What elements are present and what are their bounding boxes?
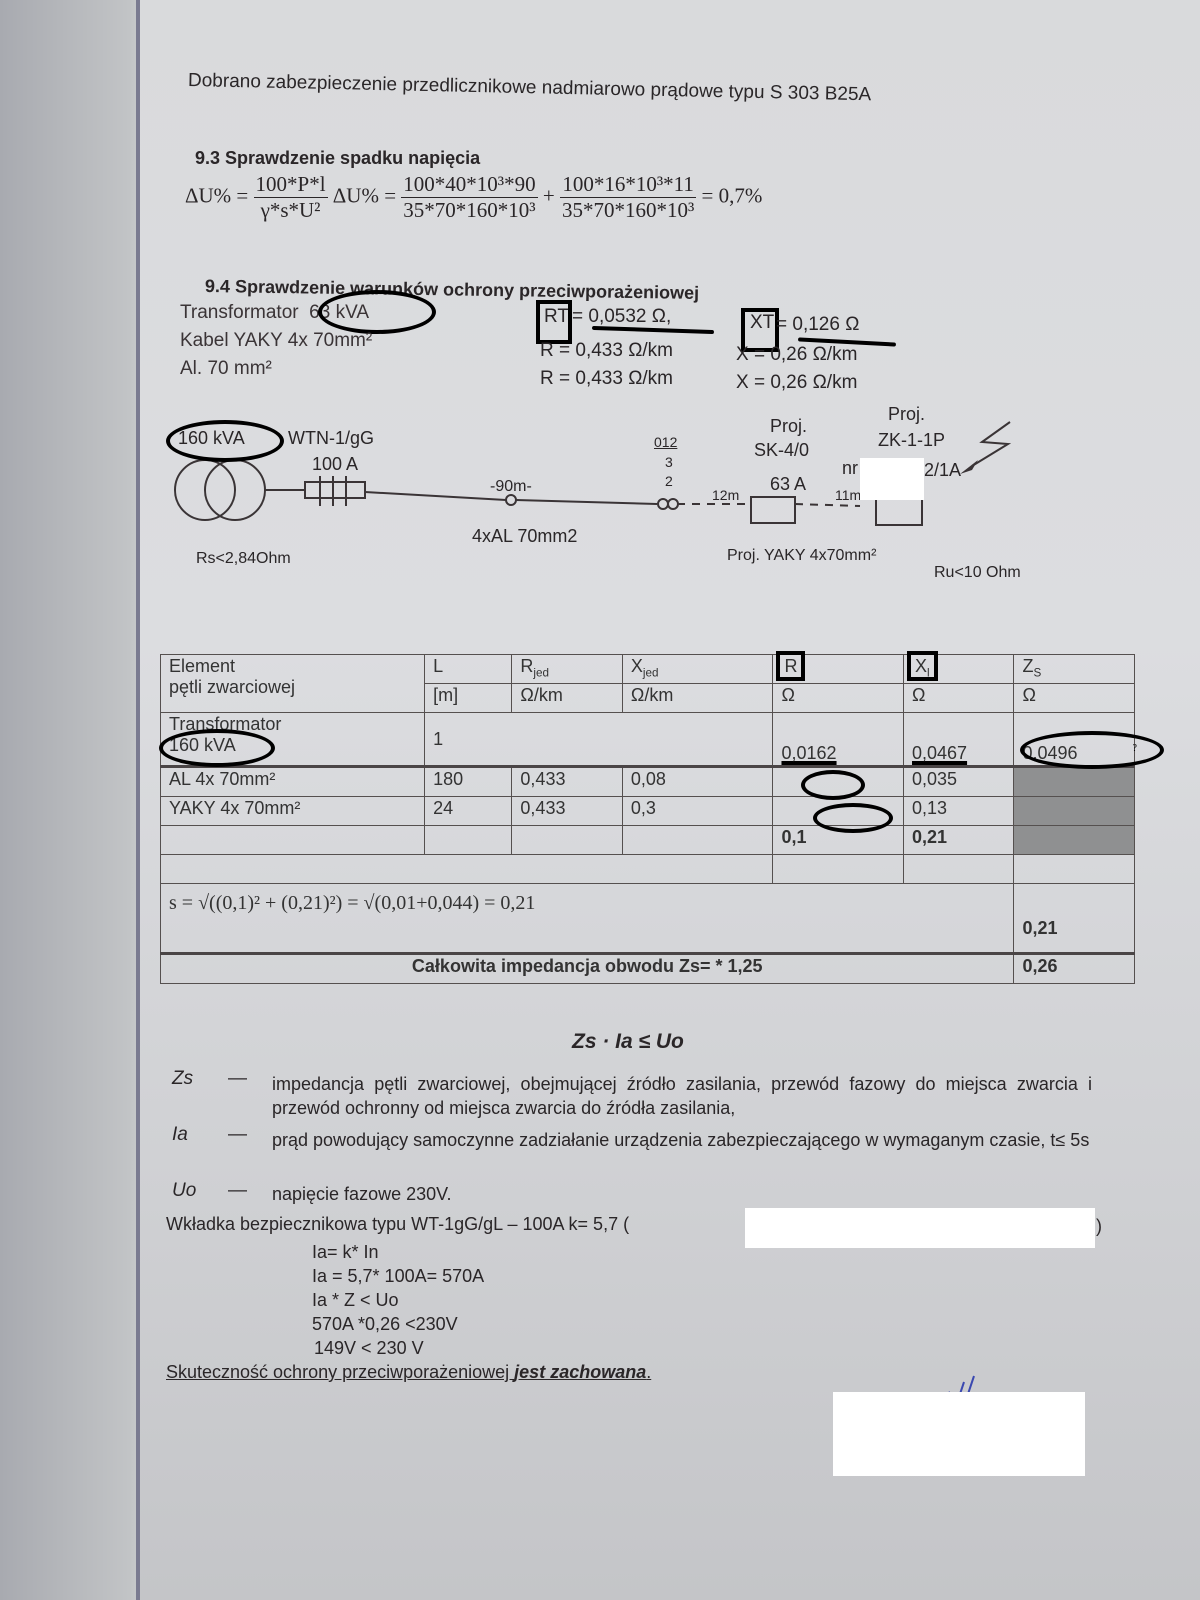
def-symbol-ia: Ia — [172, 1124, 188, 1146]
calc-step-4: 570A *0,26 <230V — [312, 1314, 458, 1335]
terminal-node — [668, 499, 678, 509]
calc-step-2: Ia = 5,7* 100A= 570A — [312, 1266, 484, 1287]
terminal-label-mid: 3 — [665, 454, 673, 470]
terminal-label-bot: 2 — [665, 473, 673, 489]
cable-label: Proj. YAKY 4x70mm² — [727, 547, 876, 565]
formula-general: 100*P*lγ*s*U² — [254, 172, 328, 223]
def-text-uo: napięcie fazowe 230V. — [272, 1184, 451, 1205]
x-line-2: X = 0,26 Ω/km — [736, 372, 857, 394]
header-rjed: Rjed — [512, 655, 622, 684]
lightning-icon — [972, 422, 1010, 466]
line-cable: 4xAL 70mm2 — [472, 526, 577, 547]
table-formula-row: s = √((0,1)² + (0,21)²) = √(0,01+0,044) … — [161, 884, 1135, 954]
shaded-cell — [1014, 826, 1135, 855]
table-header-row: Elementpętli zwarciowej L Rjed Xjed R Xl… — [161, 655, 1135, 684]
arrow-head-icon — [960, 460, 978, 474]
def-text-ia: prąd powodujący samoczynne zadziałanie u… — [272, 1128, 1092, 1152]
header-r: R — [773, 655, 904, 684]
formula-term2: 100*16*10³*1135*70*160*10³ — [560, 172, 696, 223]
shaded-cell — [1014, 797, 1135, 826]
annotation-ellipse-table-160kva — [159, 729, 275, 767]
sk-label-1: Proj. — [770, 416, 807, 437]
segment-2-length: 11m — [835, 487, 861, 503]
table-row: YAKY 4x 70mm² 24 0,433 0,3 0,13 — [161, 797, 1135, 826]
calc-step-5: 149V < 230 V — [314, 1338, 424, 1359]
condition-formula: Zs · Ia ≤ Uo — [572, 1030, 684, 1054]
sk-cabinet-symbol — [751, 497, 795, 523]
line-length: -90m- — [490, 478, 532, 496]
formula-term1: 100*40*10³*9035*70*160*10³ — [401, 172, 537, 223]
terminal-label-top: 012 — [654, 434, 677, 450]
voltage-drop-formula: ΔU% = 100*P*lγ*s*U² ΔU% = 100*40*10³*903… — [185, 172, 762, 223]
def-symbol-uo: Uo — [172, 1180, 196, 1202]
table-empty-row — [161, 855, 1135, 884]
annotation-ellipse-160kva — [166, 420, 284, 462]
sk-label-2: SK-4/0 — [754, 440, 809, 461]
cable-yaky-line: Kabel YAKY 4x 70mm² — [180, 330, 372, 352]
zk-nr-suffix: 2/1A — [924, 460, 961, 481]
calc-step-1: Ia= k* In — [312, 1242, 379, 1263]
fuse-rating: 100 A — [312, 454, 358, 475]
sk-rating: 63 A — [770, 474, 806, 495]
fault-loop-table: Elementpętli zwarciowej L Rjed Xjed R Xl… — [160, 654, 1135, 984]
redaction-fuse-reference — [745, 1208, 1095, 1248]
junction-node — [506, 495, 516, 505]
redaction-signature — [833, 1392, 1085, 1476]
table-sum-row: 0,1 0,21 — [161, 826, 1135, 855]
def-symbol-zs: Zs — [172, 1068, 193, 1090]
formula-lhs: ΔU% — [185, 183, 231, 207]
annotation-ellipse-empty-r1 — [801, 770, 865, 800]
table-row: Transformator160 kVA 1 0,0162 0,0467 0,0… — [161, 713, 1135, 767]
table-row: AL 4x 70mm² 180 0,433 0,08 0,035 — [161, 767, 1135, 797]
cable-al-line: Al. 70 mm² — [180, 358, 272, 380]
annotation-ellipse-empty-r2 — [813, 803, 893, 833]
header-xl: Xl — [904, 655, 1014, 684]
section-9-3-heading: 9.3 Sprawdzenie spadku napięcia — [195, 148, 480, 169]
header-l: L — [425, 655, 512, 684]
r-line-1: R = 0,433 Ω/km — [540, 340, 673, 362]
header-xjed: Xjed — [622, 655, 773, 684]
header-element: Elementpętli zwarciowej — [161, 655, 425, 713]
fuse-symbol — [305, 482, 365, 498]
annotation-box-rt — [536, 300, 572, 344]
x-line-1: X = 0,26 Ω/km — [736, 344, 857, 366]
fuse-insert-line: Wkładka bezpiecznikowa typu WT-1gG/gL – … — [166, 1214, 629, 1235]
r-line-2: R = 0,433 Ω/km — [540, 368, 673, 390]
def-text-zs: impedancja pętli zwarciowej, obejmującej… — [272, 1072, 1092, 1120]
calc-step-3: Ia * Z < Uo — [312, 1290, 399, 1311]
source-resistance: Rs<2,84Ohm — [196, 550, 291, 568]
formula-result: = 0,7% — [701, 183, 762, 207]
xt-value: = 0,126 Ω — [776, 314, 859, 336]
circuit-diagram — [160, 400, 1060, 580]
zk-label-2: ZK-1-1P — [878, 430, 945, 451]
annotation-ellipse-zs — [1020, 731, 1164, 769]
rt-value: = 0,0532 Ω, — [572, 306, 671, 328]
zk-cabinet-symbol — [876, 497, 922, 525]
segment-1-length: 12m — [712, 487, 739, 503]
zk-label-1: Proj. — [888, 404, 925, 425]
header-zs: ZS — [1014, 655, 1135, 684]
fuse-type: WTN-1/gG — [288, 428, 374, 449]
redaction-zk-number — [860, 458, 924, 500]
ground-resistance: Ru<10 Ohm — [934, 564, 1021, 582]
conclusion: Skuteczność ochrony przeciwporażeniowej … — [166, 1362, 651, 1383]
table-total-row: Całkowita impedancja obwodu Zs= * 1,25 0… — [161, 954, 1135, 984]
shaded-cell — [1014, 767, 1135, 797]
annotation-ellipse-63kva — [318, 290, 436, 334]
formula-lhs2: ΔU% — [333, 183, 379, 207]
zk-nr-prefix: nr — [842, 458, 858, 479]
